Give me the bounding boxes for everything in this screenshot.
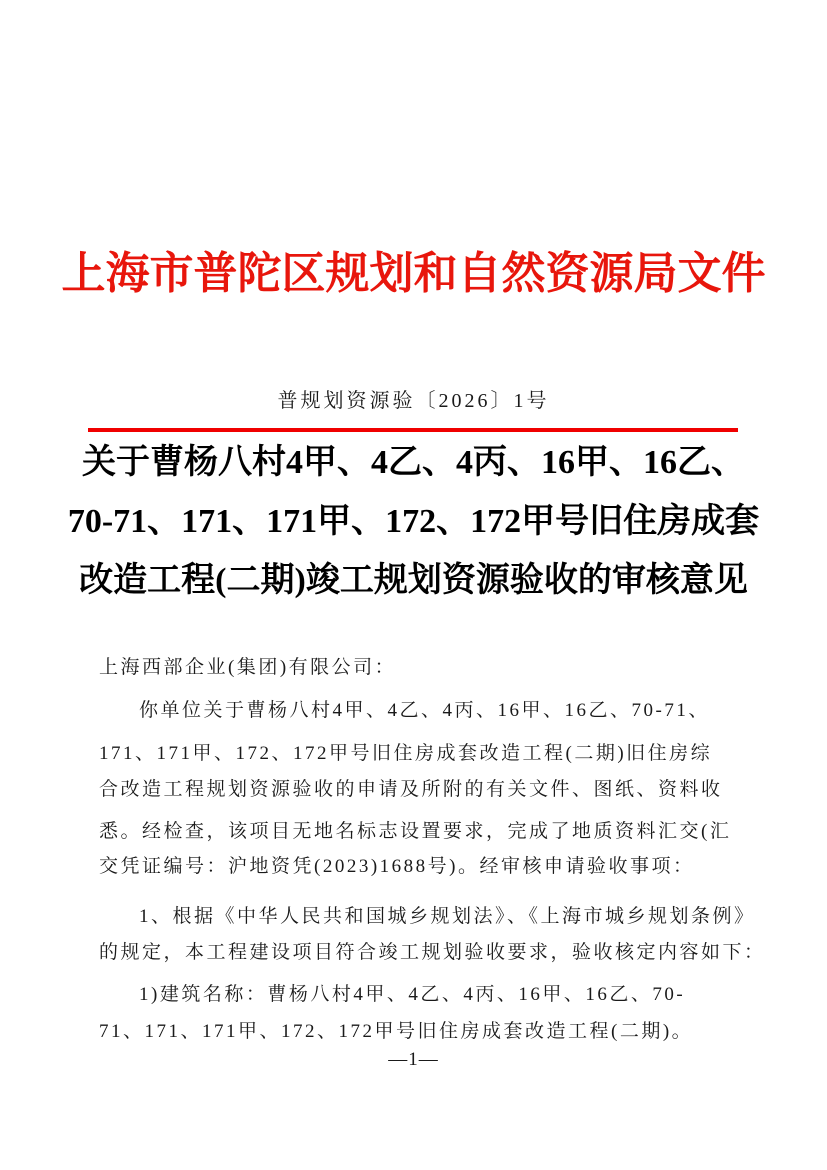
- document-title-line-1: 关于曹杨八村4甲、4乙、4丙、16甲、16乙、: [0, 432, 827, 491]
- agency-header-title: 上海市普陀区规划和自然资源局文件: [0, 243, 827, 305]
- document-title: 关于曹杨八村4甲、4乙、4丙、16甲、16乙、 70-71、171、171甲、1…: [0, 432, 827, 609]
- page-number: —1—: [0, 1049, 827, 1071]
- body-text-line: 交凭证编号：沪地资凭(2023)1688号)。经审核申请验收事项：: [99, 855, 694, 879]
- body-text-line: 悉。经检查，该项目无地名标志设置要求，完成了地质资料汇交(汇: [99, 820, 731, 844]
- body-text-line: 的规定，本工程建设项目符合竣工规划验收要求，验收核定内容如下：: [99, 941, 766, 965]
- body-text-line: 1、根据《中华人民共和国城乡规划法》、《上海市城乡规划条例》: [139, 905, 756, 929]
- body-text-line: 你单位关于曹杨八村4甲、4乙、4丙、16甲、16乙、70-71、: [139, 699, 710, 723]
- body-text-line: 71、171、171甲、172、172甲号旧住房成套改造工程(二期)。: [99, 1020, 693, 1044]
- salutation-line: 上海西部企业(集团)有限公司：: [99, 656, 396, 680]
- body-text-line: 1)建筑名称：曹杨八村4甲、4乙、4丙、16甲、16乙、70-: [139, 983, 685, 1007]
- body-text-line: 171、171甲、172、172甲号旧住房成套改造工程(二期)旧住房综: [99, 742, 712, 766]
- body-text-line: 合改造工程规划资源验收的申请及所附的有关文件、图纸、资料收: [99, 778, 723, 802]
- document-title-line-2: 70-71、171、171甲、172、172甲号旧住房成套: [0, 491, 827, 550]
- document-reference-number: 普规划资源验〔2026〕1号: [0, 384, 827, 413]
- document-title-line-3: 改造工程(二期)竣工规划资源验收的审核意见: [0, 550, 827, 609]
- document-page: 上海市普陀区规划和自然资源局文件 普规划资源验〔2026〕1号 关于曹杨八村4甲…: [0, 0, 827, 1170]
